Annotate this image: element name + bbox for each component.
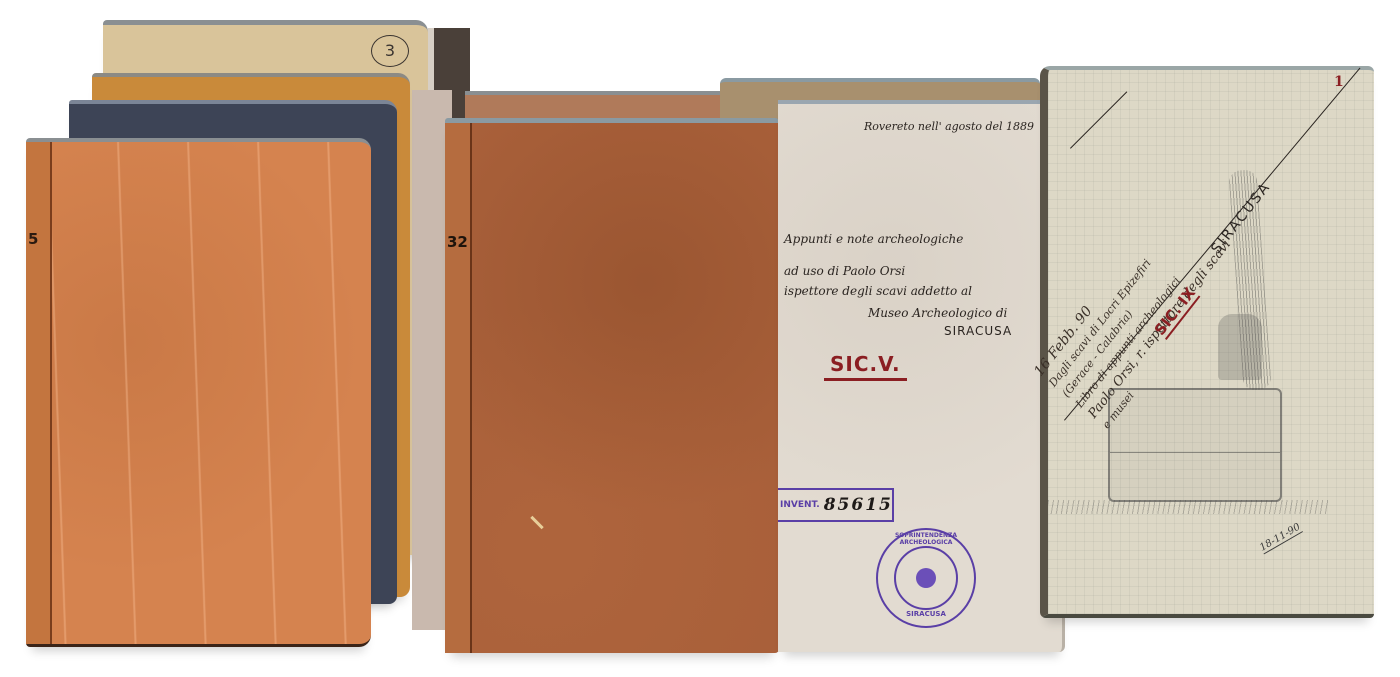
header-place-date: Rovereto nell' agosto del 1889: [864, 120, 1034, 133]
stamp-bottom-text: SIRACUSA: [878, 610, 974, 618]
emblem-icon: [916, 568, 936, 588]
inventory-stamp: INVENT. 85615: [778, 488, 894, 522]
notebook-open-title-page: Rovereto nell' agosto del 1889 1 Appunti…: [778, 100, 1065, 652]
title-line: Appunti e note archeologiche: [784, 232, 963, 246]
notebook-middle-front: 32: [445, 118, 779, 653]
spine-number: 32: [447, 233, 468, 251]
spine: [26, 142, 52, 644]
sketch-signature-date: 18-11-90: [1258, 522, 1303, 555]
museum-line: Museo Archeologico di: [868, 306, 1007, 320]
city-line: SIRACUSA: [944, 324, 1012, 338]
author-line: ad uso di Paolo Orsi: [784, 264, 905, 278]
soprintendenza-round-stamp: SOPRINTENDENZA ARCHEOLOGICA SIRACUSA: [876, 528, 976, 628]
sketch-seated-figure: [1218, 314, 1262, 380]
sketch-ground: [1048, 500, 1328, 514]
notebook-front-left: 5: [26, 138, 371, 647]
stamp-top-text: SOPRINTENDENZA ARCHEOLOGICA: [878, 532, 974, 546]
circled-label: 3: [371, 35, 409, 67]
role-line: ispettore degli scavi addetto al: [784, 284, 972, 298]
notebook-sketch-page: 1 16 Febb. 90 Dagli scavi di Locri Epize…: [1040, 66, 1374, 618]
diagonal-inscription: 16 Febb. 90 Dagli scavi di Locri Epizefi…: [1031, 110, 1315, 433]
spine: [445, 123, 472, 653]
small-pin: [530, 516, 543, 529]
diagonal-rule-top: [1070, 91, 1127, 148]
spine-number: 5: [28, 230, 38, 248]
shelfmark: SIC.V.: [824, 352, 907, 381]
sketch-sarcophagus: [1108, 388, 1282, 502]
